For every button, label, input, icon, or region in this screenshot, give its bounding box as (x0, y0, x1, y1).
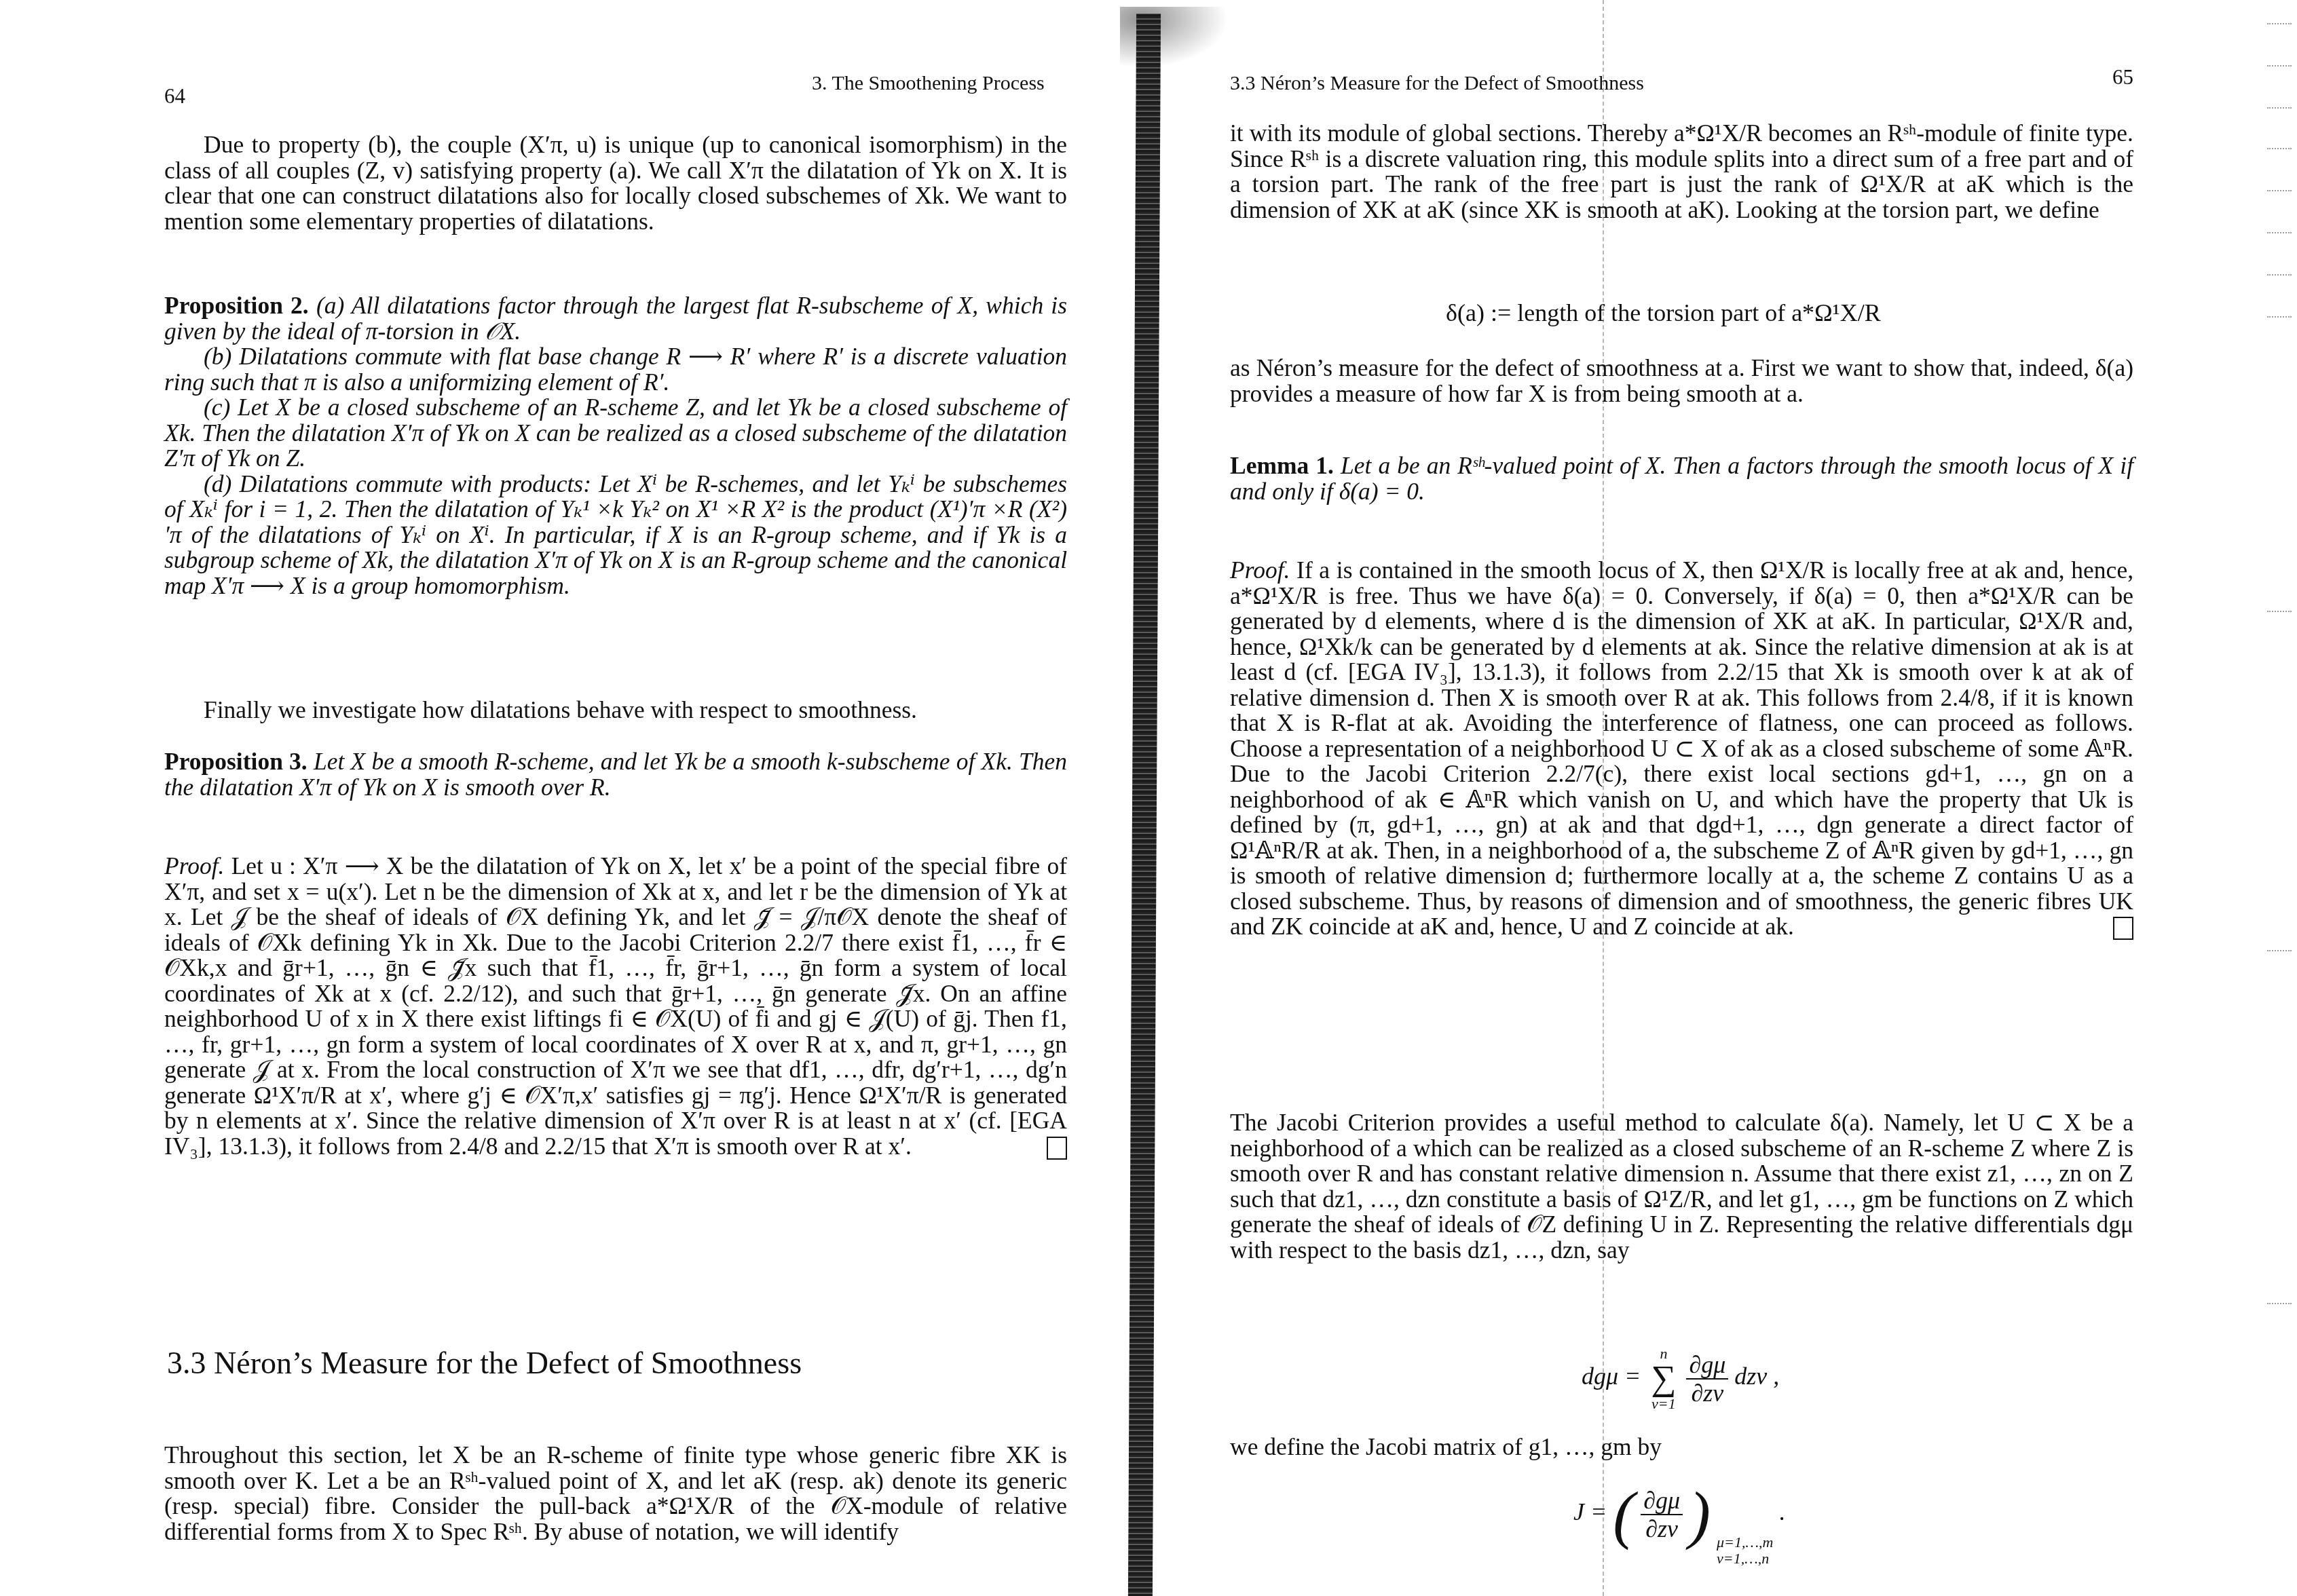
proposition-2-c: (c) Let X be a closed subscheme of an R-… (164, 395, 1067, 472)
sigma-icon: ∑ (1651, 1361, 1676, 1396)
formula-lhs: dgμ = (1582, 1363, 1641, 1390)
running-head: 3. The Smoothening Process (812, 72, 1045, 95)
paragraph-jacobi: The Jacobi Criterion provides a useful m… (1230, 1110, 2133, 1263)
proposition-2-d: (d) Dilatations commute with products: L… (164, 472, 1067, 599)
paragraph-dilatation: Due to property (b), the couple (X′π, u)… (164, 132, 1067, 234)
proposition-label: Proposition 2. (164, 292, 309, 319)
lemma-1: Lemma 1. Let a be an Rˢʰ-valued point of… (1230, 453, 2133, 504)
paragraph-text: Throughout this section, let X be an R-s… (164, 1443, 1067, 1544)
fraction: ∂gμ ∂zν (1641, 1487, 1683, 1542)
formula-jacobi-matrix: J = ( ∂gμ ∂zν ) μ=1,…,m ν=1,…,n . (1573, 1477, 1785, 1567)
proof-label: Proof. (1230, 556, 1290, 584)
definition-delta: δ(a) := length of the torsion part of a*… (1446, 299, 1881, 327)
qed-square-icon (1047, 1137, 1067, 1160)
section-heading: 3.3 Néron’s Measure for the Defect of Sm… (167, 1345, 802, 1381)
paragraph-as-neron: as Néron’s measure for the defect of smo… (1230, 356, 2133, 406)
proof-label: Proof. (164, 852, 224, 879)
paragraph-throughout: Throughout this section, let X be an R-s… (164, 1443, 1067, 1544)
formula-tail: . (1779, 1498, 1785, 1525)
numerator: ∂gμ (1686, 1351, 1728, 1380)
matrix-indices: μ=1,…,m ν=1,…,n (1717, 1534, 1773, 1567)
lemma-label: Lemma 1. (1230, 452, 1334, 479)
proposition-2-a: Proposition 2. (a) All dilatations facto… (164, 293, 1067, 344)
paragraph-text: it with its module of global sections. T… (1230, 121, 2133, 223)
proof-proposition-3: Proof. Let u : X′π ⟶ X be the dilatation… (164, 854, 1067, 1160)
page-number-right: 65 (2112, 65, 2133, 90)
formula-lhs: J = (1573, 1498, 1607, 1525)
sum-lower: ν=1 (1651, 1396, 1676, 1411)
left-paren: ( (1613, 1478, 1635, 1551)
paragraph-text: we define the Jacobi matrix of g1, …, gm… (1230, 1434, 2133, 1460)
right-paren: ) (1689, 1478, 1711, 1551)
index-nu: ν=1,…,n (1717, 1551, 1773, 1567)
paragraph-text: Due to property (b), the couple (X′π, u)… (164, 132, 1067, 234)
proof-lemma-1: Proof. If a is contained in the smooth l… (1230, 558, 2133, 940)
proposition-label: Proposition 3. (164, 748, 307, 775)
numerator: ∂gμ (1641, 1487, 1683, 1515)
proposition-3: Proposition 3. Let X be a smooth R-schem… (164, 749, 1067, 800)
paragraph-define-jacobi: we define the Jacobi matrix of g1, …, gm… (1230, 1434, 2133, 1460)
formula-tail: dzν , (1734, 1363, 1779, 1390)
page-number: 64 (164, 84, 185, 109)
index-mu: μ=1,…,m (1717, 1534, 1773, 1551)
qed-square-icon (2113, 917, 2133, 940)
proposition-2-b: (b) Dilatations commute with flat base c… (164, 344, 1067, 395)
denominator: ∂zν (1691, 1380, 1723, 1407)
proposition-2: Proposition 2. (a) All dilatations facto… (164, 293, 1067, 598)
proof-text: Let u : X′π ⟶ X be the dilatation of Yk … (164, 852, 1067, 1160)
paragraph-text: The Jacobi Criterion provides a useful m… (1230, 1110, 2133, 1263)
paragraph-global-sections: it with its module of global sections. T… (1230, 121, 2133, 223)
left-page: 64 3. The Smoothening Process Due to pro… (0, 0, 1127, 1596)
lemma-text: Let a be an Rˢʰ-valued point of X. Then … (1230, 452, 2133, 505)
fraction: ∂gμ ∂zν (1686, 1351, 1728, 1407)
summation: n ∑ ν=1 (1651, 1346, 1676, 1411)
proof-text: If a is contained in the smooth locus of… (1230, 556, 2133, 940)
formula-dg: dgμ = n ∑ ν=1 ∂gμ ∂zν dzν , (1582, 1346, 1779, 1411)
paragraph-text: as Néron’s measure for the defect of smo… (1230, 356, 2133, 406)
denominator: ∂zν (1645, 1515, 1678, 1542)
paragraph-text: Finally we investigate how dilatations b… (164, 698, 1067, 723)
paragraph-finally: Finally we investigate how dilatations b… (164, 698, 1067, 723)
running-head-right: 3.3 Néron’s Measure for the Defect of Sm… (1230, 72, 1644, 95)
